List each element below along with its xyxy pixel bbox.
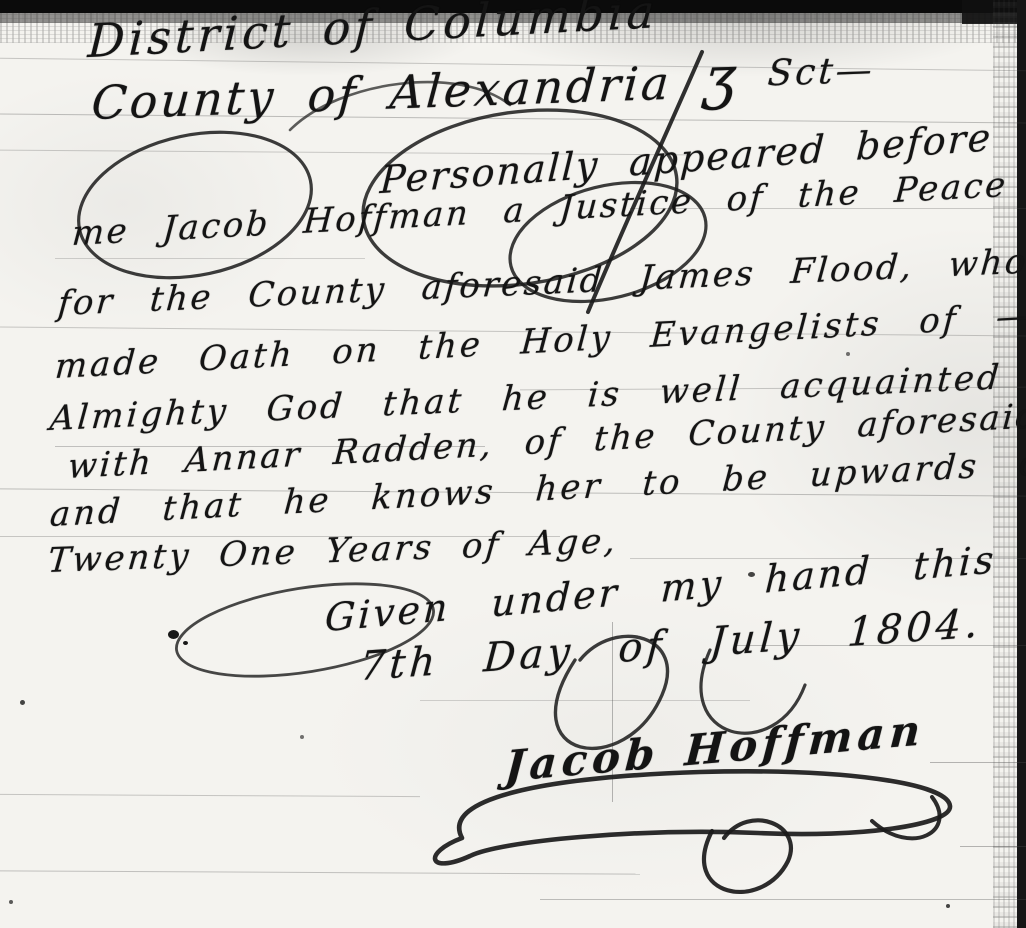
- ruled-line: [0, 794, 420, 797]
- scilicet-abbrev: Sct—: [766, 50, 876, 95]
- scilicet-brace-mark: ʒ: [701, 43, 738, 111]
- ink-speck: [20, 700, 25, 705]
- scanned-document-page: District of Columbia County of Alexandri…: [0, 0, 1026, 928]
- ink-speck: [9, 900, 13, 904]
- ink-speck: [846, 352, 850, 356]
